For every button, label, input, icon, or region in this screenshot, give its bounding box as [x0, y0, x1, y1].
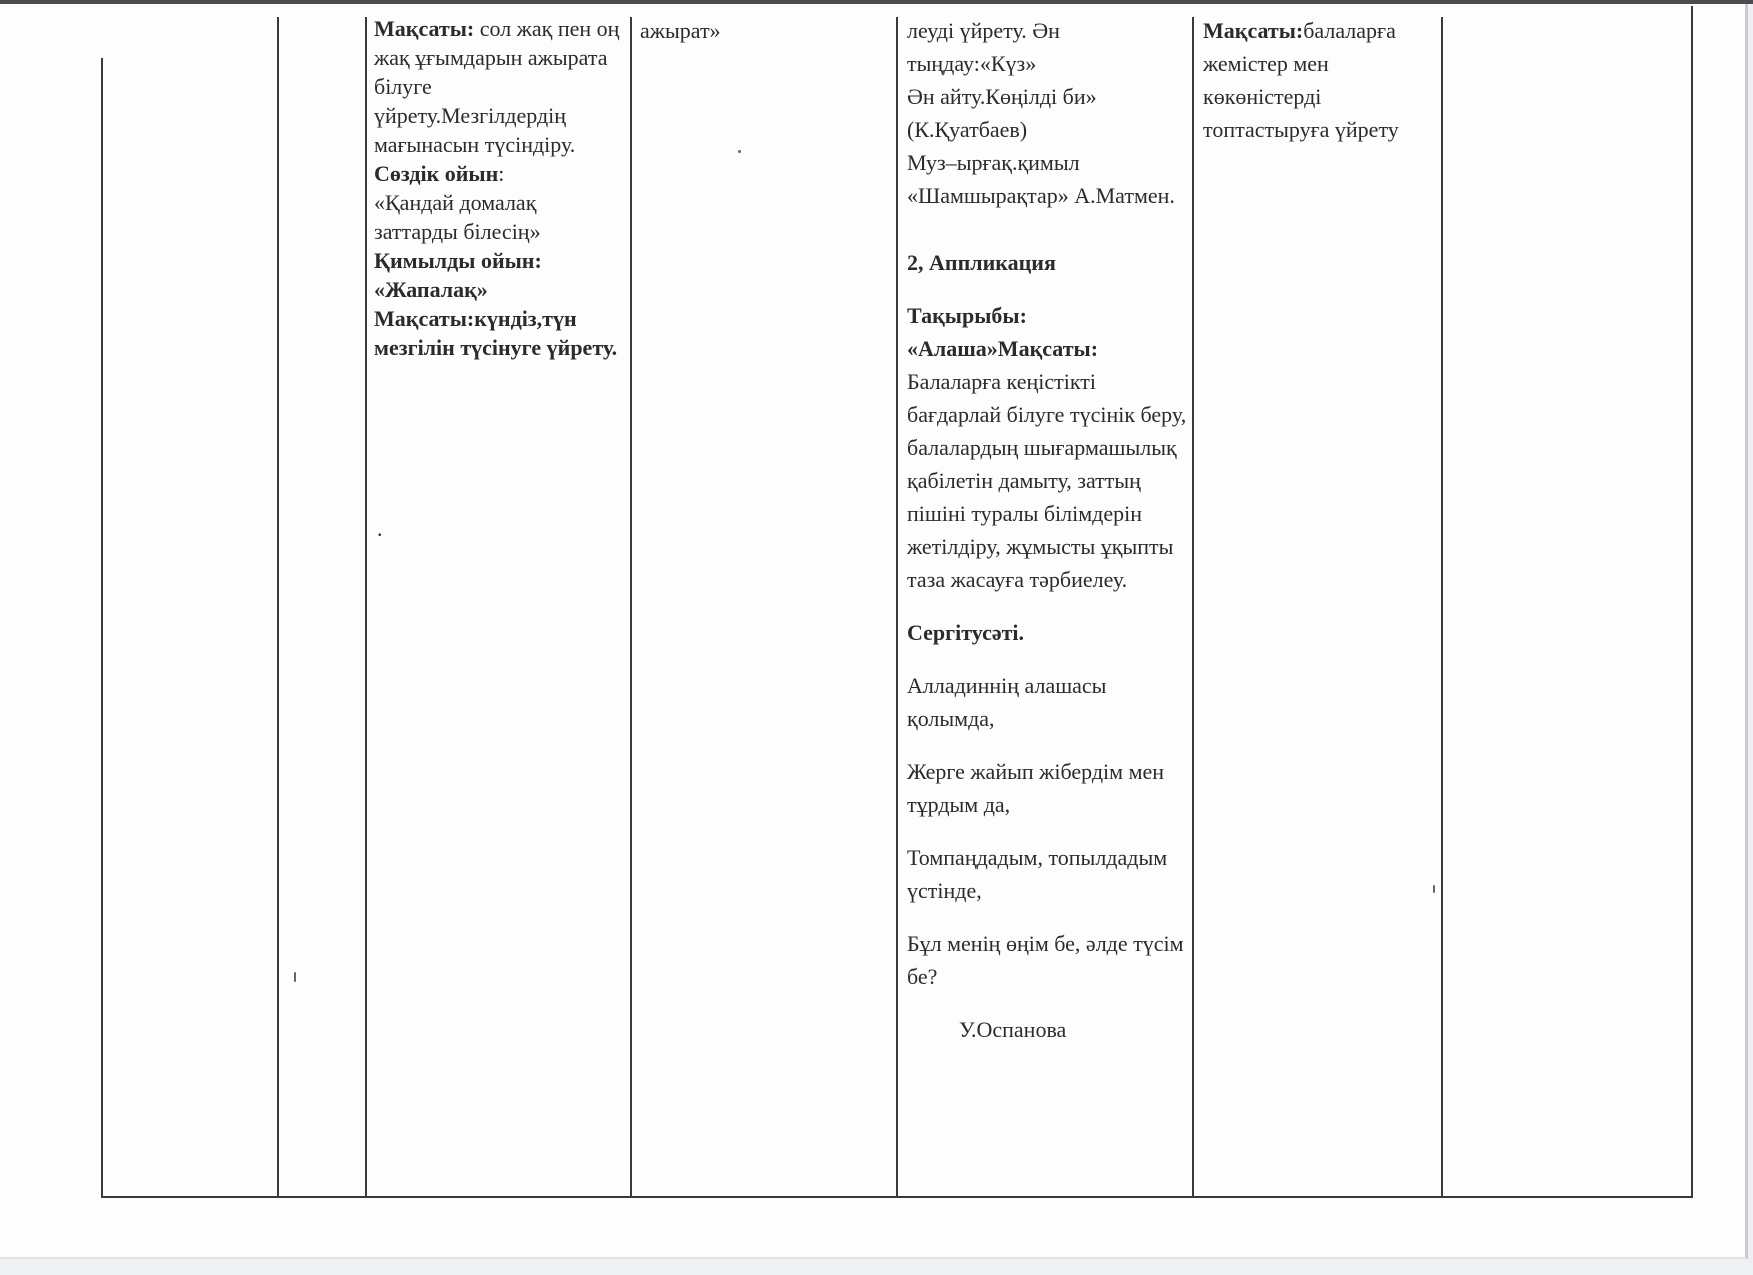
- col5-poem-author: У.Оспанова: [907, 1013, 1187, 1046]
- scan-speck: [1433, 885, 1435, 893]
- col5-section-title: 2, Аппликация: [907, 246, 1187, 279]
- scan-speck: [738, 150, 741, 153]
- col3-word-game-colon: :: [498, 161, 504, 186]
- col3-word-game: Сөздік ойын:: [374, 159, 624, 188]
- col5-line-2: Ән айту.Көңілді би» (К.Қуатбаев): [907, 80, 1187, 146]
- col5-poem-line-2: Жерге жайып жібердім мен тұрдым да,: [907, 755, 1187, 821]
- column-divider-5: [1192, 17, 1194, 1198]
- col5-line-3: Муз–ырғақ.қимыл «Шамшырақтар» А.Матмен.: [907, 146, 1187, 212]
- cell-col4: ажырат»: [640, 14, 890, 47]
- table-border-left: [101, 58, 103, 1198]
- col5-line-1: леуді үйрету. Ән тыңдау:«Күз»: [907, 14, 1187, 80]
- col5-topic-label: Тақырыбы: «Алаша»Мақсаты:: [907, 299, 1187, 365]
- col6-goal-label: Мақсаты:: [1203, 18, 1303, 43]
- cell-col3: Мақсаты: сол жақ пен оң жақ ұғымдарын аж…: [374, 14, 624, 362]
- col5-poem-line-1: Алладиннің алашасы қолымда,: [907, 669, 1187, 735]
- col3-stray-mark: .: [377, 516, 383, 542]
- col3-goal-label: Мақсаты:: [374, 16, 474, 41]
- column-divider-3: [630, 17, 632, 1198]
- col5-topic-text: Балаларға кеңістікті бағдарлай білуге тү…: [907, 365, 1187, 596]
- col5-poem-line-4: Бұл менің өңім бе, әлде түсім бе?: [907, 927, 1187, 993]
- column-divider-1: [277, 17, 279, 1198]
- table-border-bottom: [101, 1196, 1693, 1198]
- col3-movement-game: Қимылды ойын: «Жапалақ»: [374, 246, 624, 304]
- col5-warmup-title: Сергітусәті.: [907, 616, 1187, 649]
- table-border-right: [1691, 6, 1693, 1198]
- cell-col6: Мақсаты:балаларға жемістер мен көкөністе…: [1203, 14, 1438, 146]
- col4-text: ажырат»: [640, 14, 890, 47]
- col3-movement-goal: Мақсаты:күндіз,түн мезгілін түсінуге үйр…: [374, 304, 624, 362]
- scan-edge-band: [0, 0, 1753, 4]
- col3-goal: Мақсаты: сол жақ пен оң жақ ұғымдарын аж…: [374, 14, 624, 159]
- col6-goal: Мақсаты:балаларға жемістер мен көкөністе…: [1203, 14, 1438, 146]
- col5-poem-line-3: Томпаңдадым, топылдадым үстінде,: [907, 841, 1187, 907]
- column-divider-4: [896, 17, 898, 1198]
- column-divider-6: [1441, 17, 1443, 1198]
- cell-col5: леуді үйрету. Ән тыңдау:«Күз» Ән айту.Кө…: [907, 14, 1187, 1046]
- col3-word-game-text: «Қандай домалақ заттарды білесің»: [374, 188, 624, 246]
- column-divider-2: [365, 17, 367, 1198]
- scan-speck: [294, 972, 296, 982]
- scanned-page: Мақсаты: сол жақ пен оң жақ ұғымдарын аж…: [0, 0, 1748, 1259]
- col3-word-game-label: Сөздік ойын: [374, 161, 498, 186]
